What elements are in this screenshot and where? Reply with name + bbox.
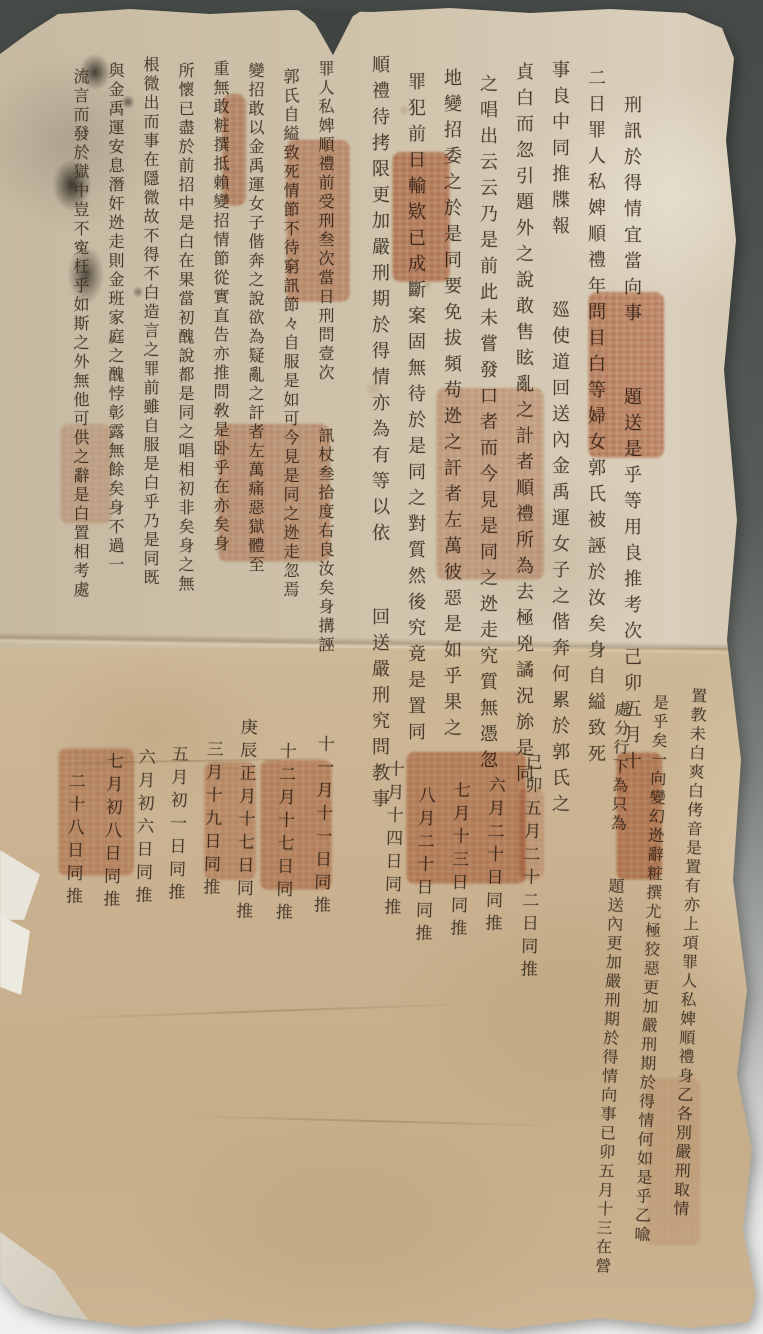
- red-seal-stamp: [436, 388, 544, 580]
- manuscript-paper: 刑訊於得情宜當向事 題送是乎等用良推考次己卯五月十 二日罪人私婢順禮年問目白等婦…: [0, 0, 763, 1334]
- manuscript-text-column: 順禮待拷限更加嚴刑期於得情亦為有等以依 回送嚴刑究問教事: [366, 55, 392, 815]
- red-seal-stamp: [204, 762, 256, 880]
- red-seal-stamp: [222, 94, 246, 206]
- date-record-column: 五月初一日同推: [162, 745, 191, 907]
- paper-wrap: 刑訊於得情宜當向事 題送是乎等用良推考次己卯五月十 二日罪人私婢順禮年問目白等婦…: [0, 0, 763, 1334]
- manuscript-text-column: 所懷已盡於前招中是白在果當初醜說都是同之唱相初非矣身之無: [174, 62, 197, 594]
- red-seal-stamp: [58, 748, 134, 876]
- red-seal-stamp: [260, 760, 332, 890]
- manuscript-text-column: 根微出而事在隱微故不得不白造言之罪前雖自服是白乎乃是同既: [139, 56, 162, 588]
- red-seal-stamp: [406, 752, 526, 884]
- red-seal-stamp: [60, 424, 112, 524]
- photograph-of-manuscript: 刑訊於得情宜當向事 題送是乎等用良推考次己卯五月十 二日罪人私婢順禮年問目白等婦…: [0, 0, 763, 1334]
- red-seal-stamp: [218, 424, 330, 562]
- red-seal-stamp: [286, 140, 350, 302]
- red-seal-stamp: [392, 152, 450, 282]
- red-seal-stamp: [616, 752, 662, 880]
- date-record-column: 十月十四日同推: [378, 760, 407, 922]
- red-seal-stamp: [646, 1078, 700, 1246]
- red-seal-stamp: [588, 292, 664, 458]
- red-seal-stamp: [518, 788, 544, 880]
